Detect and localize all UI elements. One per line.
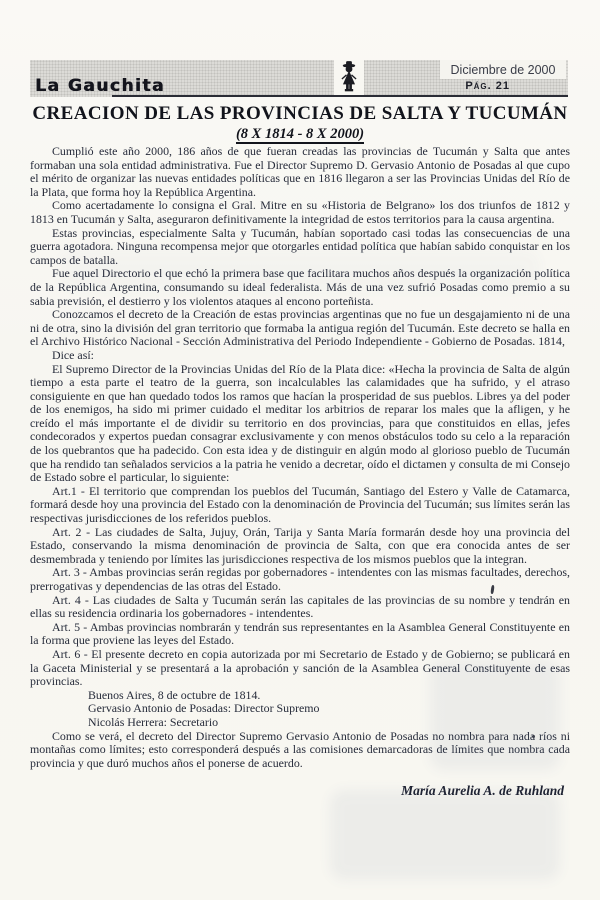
bleed-through-ghost [60, 250, 540, 290]
article-title: CREACION DE LAS PROVINCIAS DE SALTA Y TU… [30, 102, 570, 125]
page-number: Pág. 21 [465, 80, 510, 92]
paragraph: Cumplió este año 2000, 186 años de que f… [30, 145, 570, 199]
publication-logo: La Gauchita [35, 76, 165, 96]
issue-date: Diciembre de 2000 [440, 60, 566, 79]
bleed-through-ghost [430, 660, 560, 770]
paragraph: Art. 5 - Ambas provincias nombrarán y te… [30, 621, 570, 648]
paragraph: Conozcamos el decreto de la Creación de … [30, 308, 570, 349]
scanned-page: Diciembre de 2000 Pág. 21 La Gauchita CR… [0, 0, 600, 900]
article-subtitle: (8 X 1814 - 8 X 2000) [30, 125, 570, 143]
bleed-through-ghost [330, 790, 560, 880]
paragraph: Como acertadamente lo consigna el Gral. … [30, 199, 570, 226]
masthead-rule [112, 95, 568, 97]
paragraph: El Supremo Director de la Provincias Uni… [30, 363, 570, 485]
paragraph: Art. 4 - Las ciudades de Salta y Tucumán… [30, 594, 570, 621]
article-subtitle-text: (8 X 1814 - 8 X 2000) [236, 126, 364, 144]
mascot-strip [334, 60, 364, 97]
paragraph: Dice así: [30, 349, 570, 363]
paragraph: Art. 2 - Las ciudades de Salta, Jujuy, O… [30, 526, 570, 567]
gauchita-mascot-icon [339, 60, 359, 98]
paragraph: Art. 3 - Ambas provincias serán regidas … [30, 566, 570, 593]
masthead-band: Diciembre de 2000 Pág. 21 La Gauchita [30, 60, 568, 97]
paragraph: Art.1 - El territorio que comprendan los… [30, 485, 570, 526]
